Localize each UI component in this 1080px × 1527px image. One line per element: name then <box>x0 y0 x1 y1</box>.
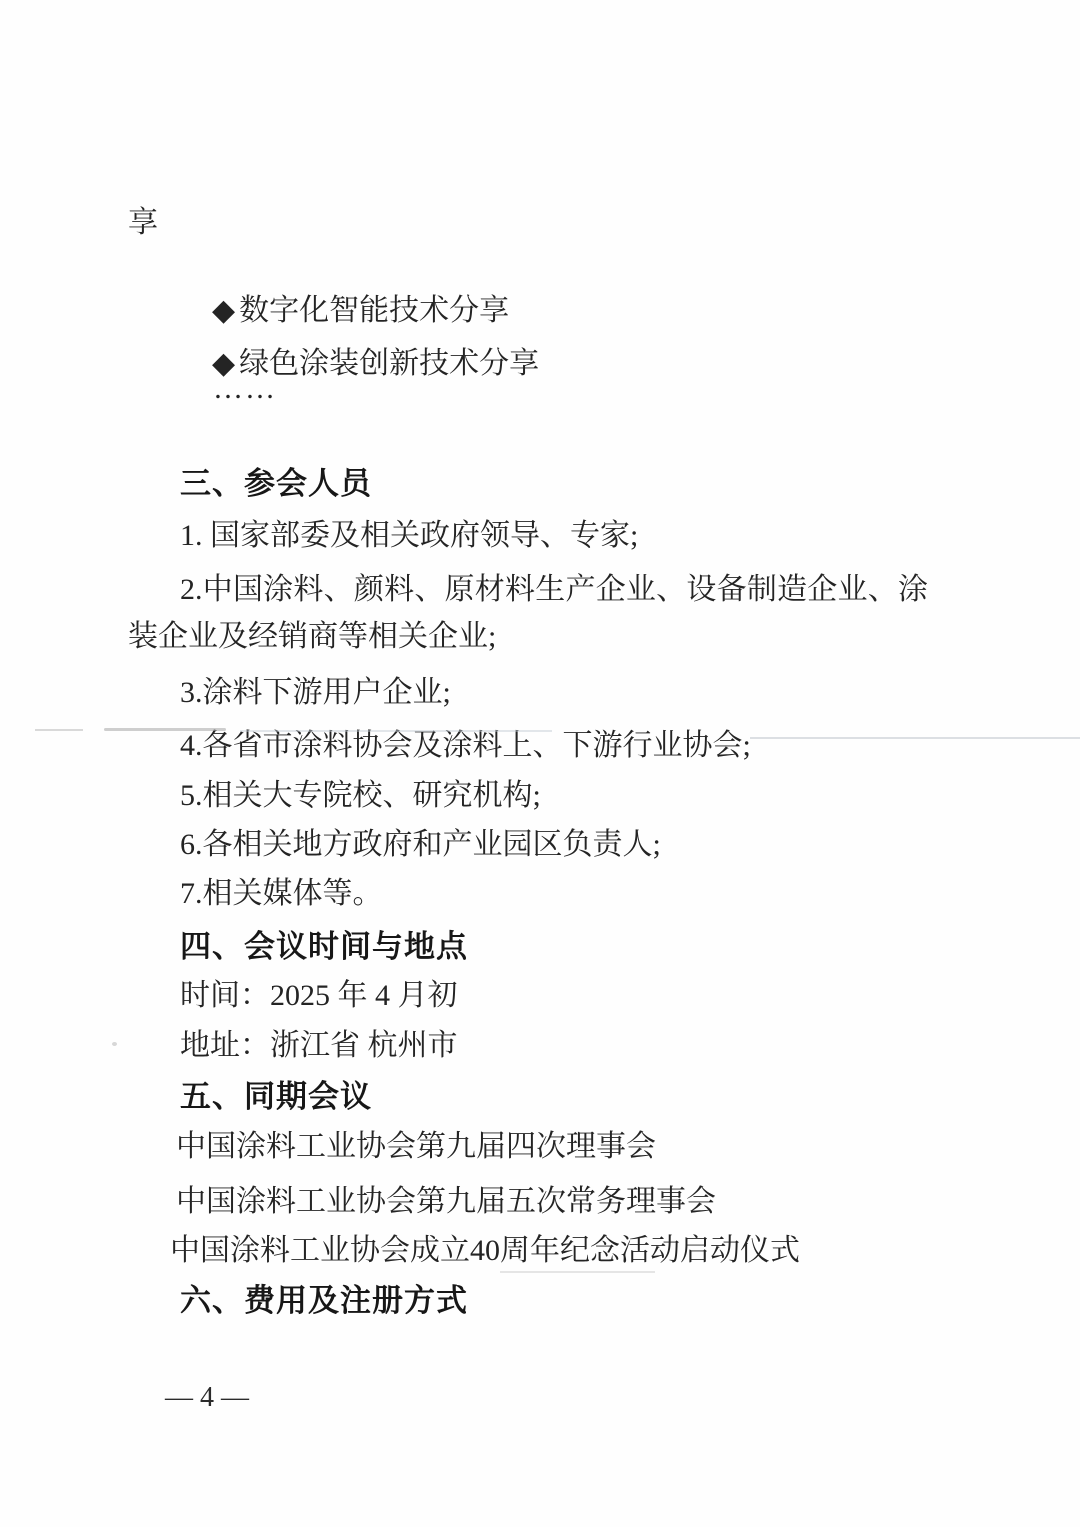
section-heading-concurrent: 五、同期会议 <box>180 1080 372 1114</box>
page-number: — 4 — <box>165 1381 249 1415</box>
document-page: 享 ◆数字化智能技术分享 ◆绿色涂装创新技术分享 …… 三、参会人员 1. 国家… <box>0 0 1080 1527</box>
section-heading-time-place: 四、会议时间与地点 <box>180 930 468 964</box>
attendee-item-2-line-2: 装企业及经销商等相关企业; <box>128 620 496 654</box>
scan-artifact-line <box>35 729 83 731</box>
meeting-time-line: 时间：2025 年 4 月初 <box>180 979 458 1013</box>
concurrent-event-3: 中国涂料工业协会成立40周年纪念活动启动仪式 <box>170 1234 800 1268</box>
concurrent-event-1: 中国涂料工业协会第九届四次理事会 <box>176 1130 656 1164</box>
section-heading-fees: 六、费用及注册方式 <box>180 1284 468 1318</box>
attendee-item-5: 5.相关大专院校、研究机构; <box>180 779 541 813</box>
bullet-item-label: 绿色涂装创新技术分享 <box>239 347 539 380</box>
attendee-item-6: 6.各相关地方政府和产业园区负责人; <box>180 828 661 862</box>
meeting-address-line: 地址：浙江省 杭州市 <box>180 1029 458 1063</box>
attendee-item-3: 3.涂料下游用户企业; <box>180 676 451 710</box>
attendee-item-1: 1. 国家部委及相关政府领导、专家; <box>180 519 638 553</box>
attendee-item-7: 7.相关媒体等。 <box>180 877 383 911</box>
concurrent-event-2: 中国涂料工业协会第九届五次常务理事会 <box>176 1185 716 1219</box>
paragraph-overflow-line: 享 <box>128 206 158 240</box>
attendee-item-4: 4.各省市涂料协会及涂料上、下游行业协会; <box>180 729 751 763</box>
ellipsis-line: …… <box>213 372 277 406</box>
scan-artifact-smudge <box>500 1271 655 1273</box>
scan-artifact-line <box>750 737 1080 739</box>
attendee-item-2-line-1: 2.中国涂料、颜料、原材料生产企业、设备制造企业、涂 <box>180 573 928 607</box>
section-heading-attendees: 三、参会人员 <box>180 467 372 501</box>
scan-artifact-dot <box>112 1042 117 1046</box>
